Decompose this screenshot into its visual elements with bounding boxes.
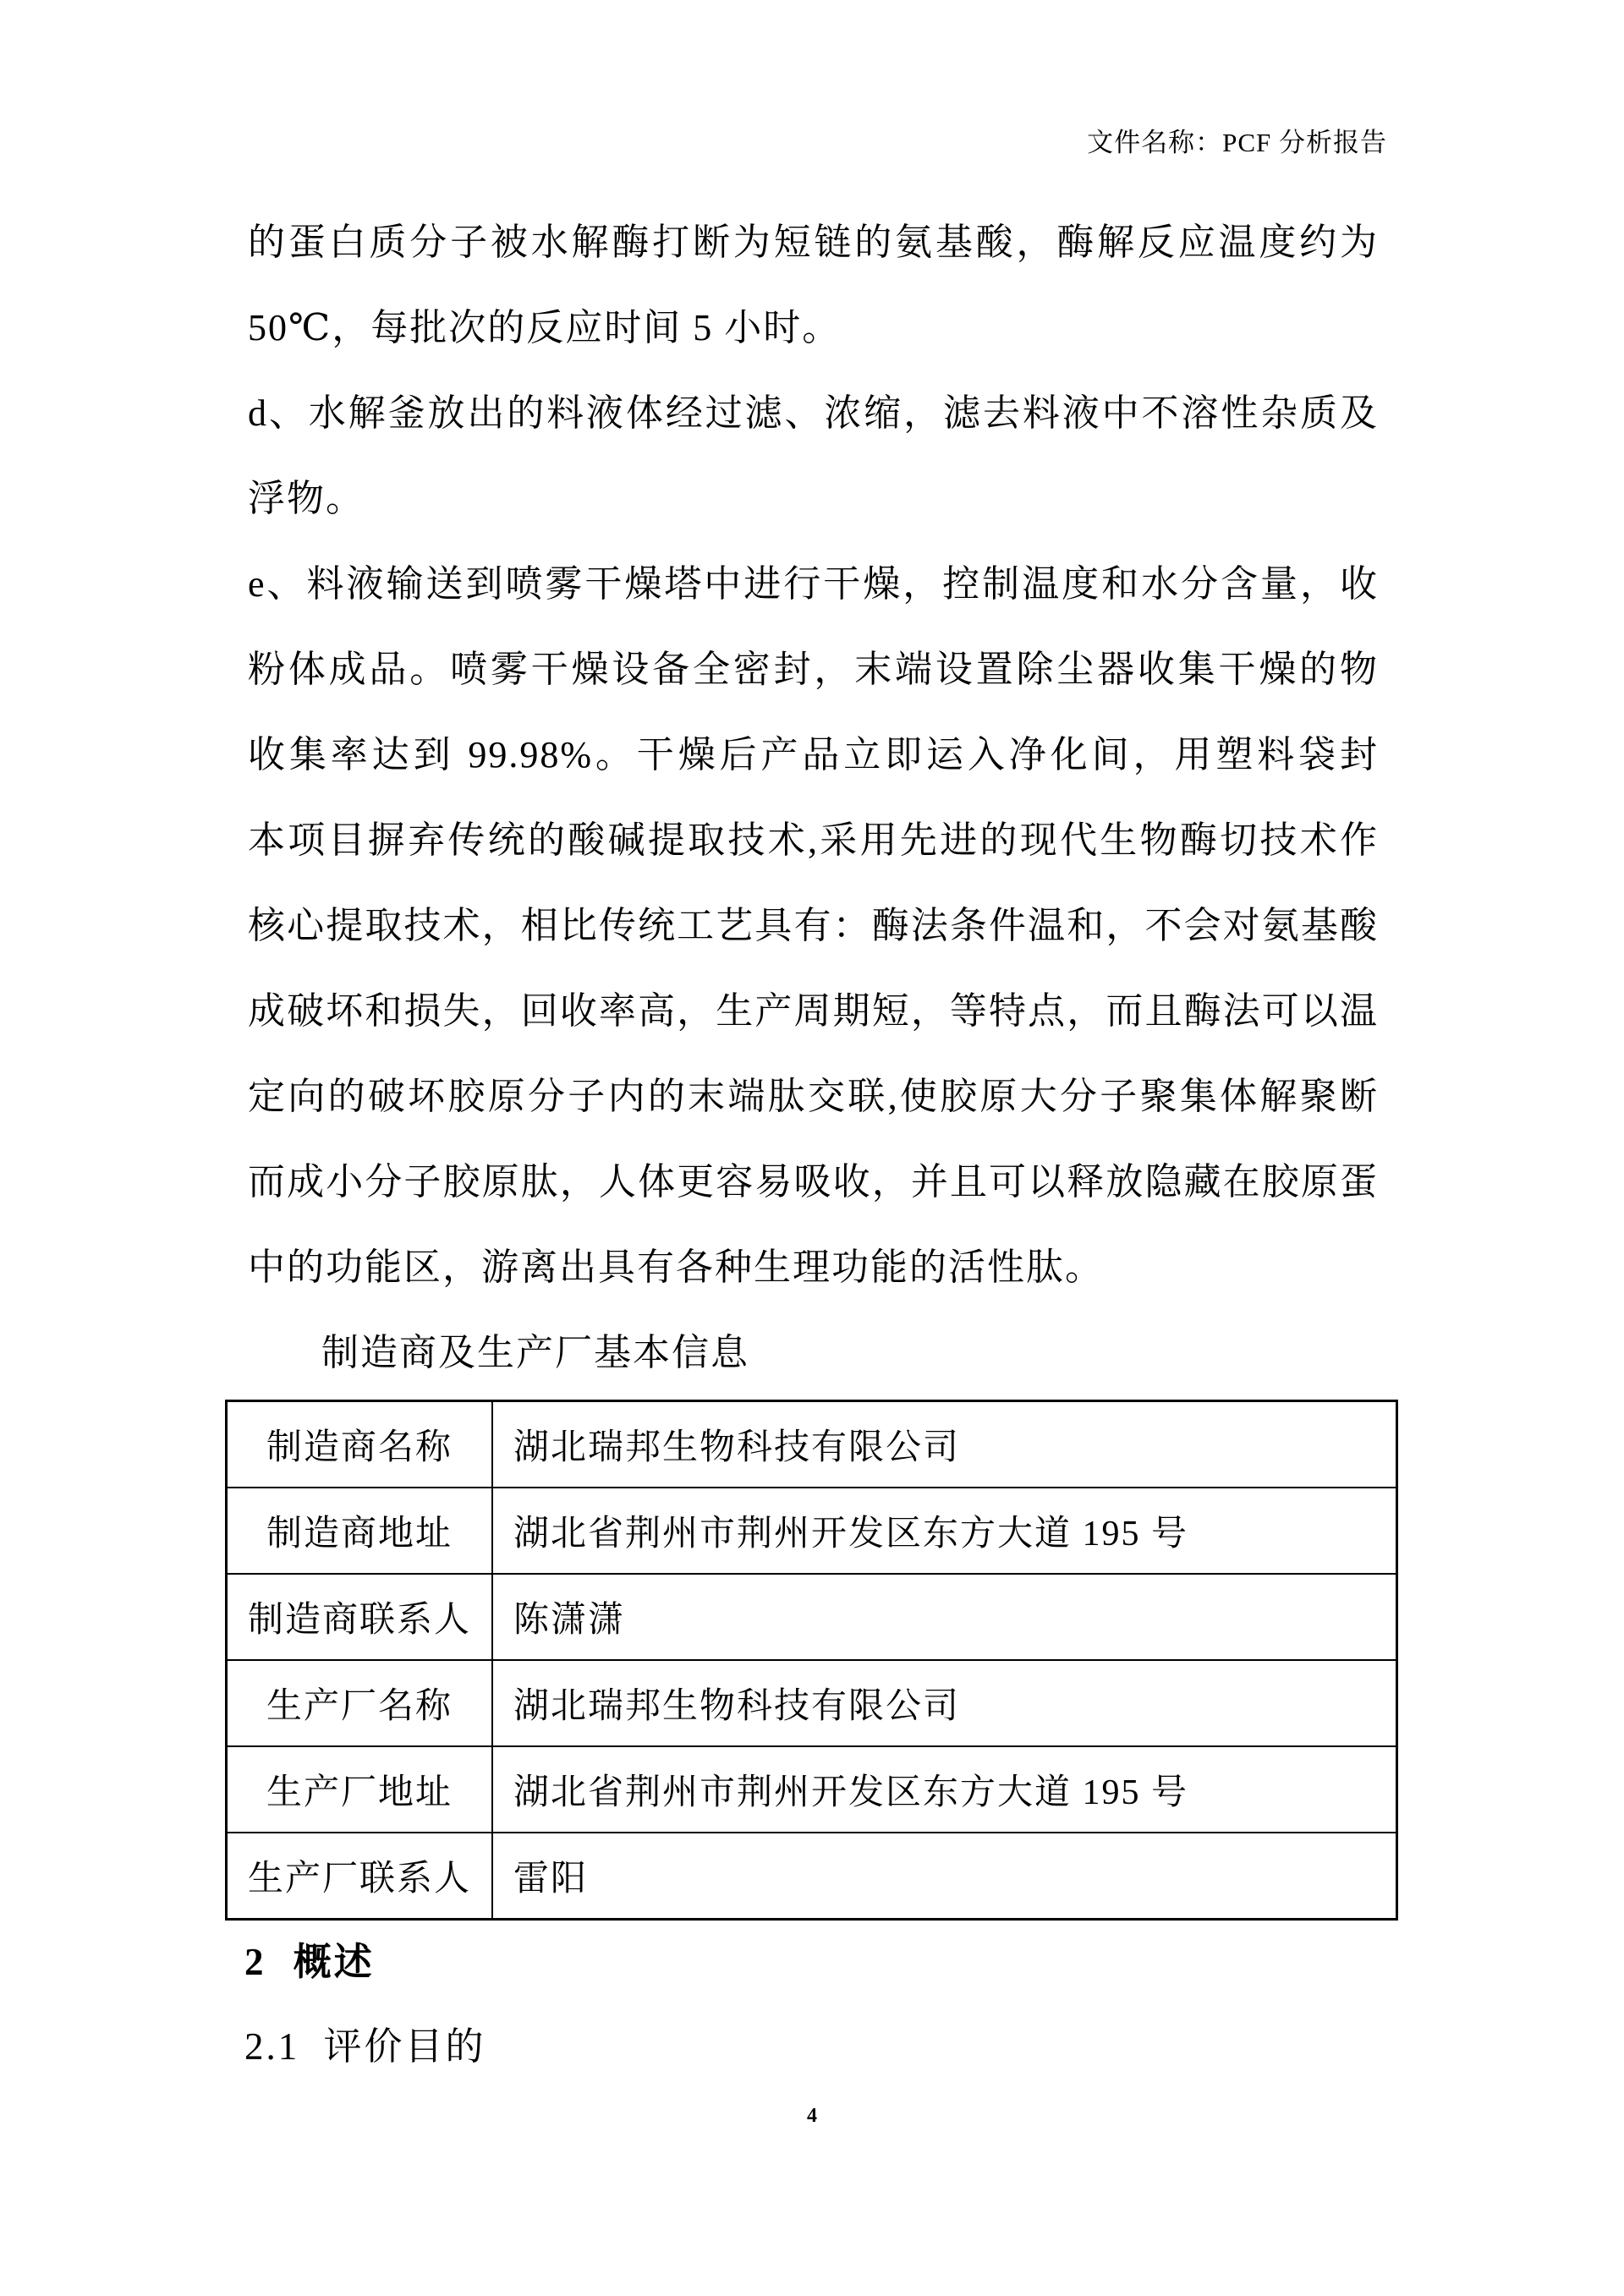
body-line: 定向的破坏胶原分子内的末端肽交联,使胶原大分子聚集体解聚断裂 xyxy=(248,1054,1379,1139)
table-row: 生产厂名称 湖北瑞邦生物科技有限公司 xyxy=(227,1660,1397,1746)
row-label: 制造商名称 xyxy=(227,1401,493,1488)
document-header-title: 文件名称：PCF 分析报告 xyxy=(1087,121,1387,159)
row-value: 雷阳 xyxy=(492,1833,1397,1920)
table-row: 生产厂联系人 雷阳 xyxy=(227,1833,1397,1920)
table-row: 生产厂地址 湖北省荆州市荆州开发区东方大道 195 号 xyxy=(227,1746,1397,1833)
table-caption: 制造商及生产厂基本信息 xyxy=(321,1310,1379,1395)
body-line: 成破坏和损失，回收率高，生产周期短，等特点，而且酶法可以温和 xyxy=(248,968,1379,1054)
row-value: 湖北瑞邦生物科技有限公司 xyxy=(492,1401,1397,1488)
row-value: 陈潇潇 xyxy=(492,1574,1397,1660)
row-label: 制造商地址 xyxy=(227,1488,493,1574)
body-line: 中的功能区，游离出具有各种生理功能的活性肽。 xyxy=(248,1225,1379,1310)
body-text-block: 的蛋白质分子被水解酶打断为短链的氨基酸，酶解反应温度约为 50℃，每批次的反应时… xyxy=(248,200,1379,1395)
row-value: 湖北省荆州市荆州开发区东方大道 195 号 xyxy=(492,1488,1397,1574)
body-line: 浮物。 xyxy=(248,456,1379,541)
row-value: 湖北瑞邦生物科技有限公司 xyxy=(492,1660,1397,1746)
row-value: 湖北省荆州市荆州开发区东方大道 195 号 xyxy=(492,1746,1397,1833)
body-line: 粉体成品。喷雾干燥设备全密封，末端设置除尘器收集干燥的物料， xyxy=(248,627,1379,712)
row-label: 生产厂名称 xyxy=(227,1660,493,1746)
row-label: 制造商联系人 xyxy=(227,1574,493,1660)
table-row: 制造商名称 湖北瑞邦生物科技有限公司 xyxy=(227,1401,1397,1488)
body-line: e、料液输送到喷雾干燥塔中进行干燥，控制温度和水分含量，收集 xyxy=(248,541,1379,627)
section-heading: 2 概述 xyxy=(244,1942,375,1982)
page-number: 4 xyxy=(0,2104,1624,2128)
subsection-heading: 2.1 评价目的 xyxy=(244,2026,486,2067)
body-line: 收集率达到 99.98%。干燥后产品立即运入净化间，用塑料袋封存。 xyxy=(248,712,1379,797)
body-line: 而成小分子胶原肽，人体更容易吸收，并且可以释放隐藏在胶原蛋白 xyxy=(248,1139,1379,1225)
body-line: 50℃，每批次的反应时间 5 小时。 xyxy=(248,285,1379,370)
body-line: 本项目摒弃传统的酸碱提取技术,采用先进的现代生物酶切技术作为 xyxy=(248,797,1379,883)
manufacturer-info-table: 制造商名称 湖北瑞邦生物科技有限公司 制造商地址 湖北省荆州市荆州开发区东方大道… xyxy=(225,1400,1398,1921)
body-line: 的蛋白质分子被水解酶打断为短链的氨基酸，酶解反应温度约为 xyxy=(248,200,1379,285)
row-label: 生产厂地址 xyxy=(227,1746,493,1833)
body-line: d、水解釜放出的料液体经过滤、浓缩，滤去料液中不溶性杂质及悬 xyxy=(248,370,1379,456)
body-line: 核心提取技术，相比传统工艺具有：酶法条件温和，不会对氨基酸造 xyxy=(248,883,1379,968)
document-page: 文件名称：PCF 分析报告 的蛋白质分子被水解酶打断为短链的氨基酸，酶解反应温度… xyxy=(0,0,1624,2296)
table-row: 制造商地址 湖北省荆州市荆州开发区东方大道 195 号 xyxy=(227,1488,1397,1574)
row-label: 生产厂联系人 xyxy=(227,1833,493,1920)
table-row: 制造商联系人 陈潇潇 xyxy=(227,1574,1397,1660)
